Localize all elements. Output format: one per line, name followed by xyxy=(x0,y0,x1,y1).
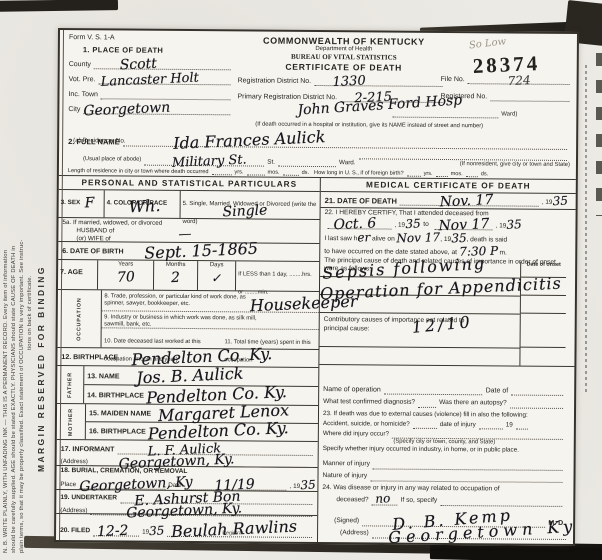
county-field: County Scott xyxy=(69,60,234,70)
length-yrs: yrs. xyxy=(234,169,243,175)
address-label: (Address) xyxy=(340,530,369,539)
injury-date-label: date of injury xyxy=(440,421,476,429)
undertaker-row: 19. UNDERTAKER E. Ashurst Bon (Address) … xyxy=(56,490,317,516)
burial-year-prefix: , 19 xyxy=(290,482,301,490)
mother-block: MOTHER 15. MAIDEN NAME Margaret Lenox 16… xyxy=(57,404,318,442)
dod-year-prefix: , 19 xyxy=(542,199,553,207)
place-of-death-block: Form V. S. 1-A 1. PLACE OF DEATH County … xyxy=(59,30,238,131)
q24-block: 24. Was disease or injury in any way rel… xyxy=(318,483,573,511)
form-number: Form V. S. 1-A xyxy=(69,33,234,43)
age-days-value: ✓ xyxy=(211,272,222,284)
nature-label: Nature of injury xyxy=(322,472,367,481)
q24-deceased-label: deceased? xyxy=(322,496,368,505)
length-ds2: ds. xyxy=(481,171,489,177)
age-months-label: Months xyxy=(156,262,195,269)
test-label: What test confirmed diagnosis? xyxy=(323,398,415,407)
last-year-prefix: , 19 xyxy=(440,236,451,243)
scanned-death-certificate: N. B. WRITE PLAINLY, WITH UNFADING INK —… xyxy=(0,0,602,560)
sex-race-marital-row: 3. SEX F 4. COLOR OR RACE Wh. 5. Single,… xyxy=(59,190,320,220)
specify-text: Specify whether injury occurred in indus… xyxy=(323,445,566,455)
contributory-rule xyxy=(320,346,520,349)
burial-year-value: 35 xyxy=(300,478,316,491)
residence-label: (a) Residence. No. xyxy=(73,137,126,144)
race-cell: 4. COLOR OR RACE Wh. xyxy=(105,190,181,218)
marital-cell: 5. Single, Married, Widowed or Divorced … xyxy=(181,191,320,219)
mother-name-label: 15. MAIDEN NAME xyxy=(89,409,151,419)
age-days-cell: Days ✓ xyxy=(198,261,236,290)
certificate-title: CERTIFICATE OF DEATH xyxy=(238,62,450,74)
scan-edge-bottom-dark xyxy=(430,544,602,560)
last-saw-date: Nov 17 xyxy=(397,231,441,244)
registration-district-value: 1330 xyxy=(332,75,366,89)
contributory-text: Contributory causes of importance not re… xyxy=(324,316,474,334)
trade-row: 8. Trade, profession, or particular kind… xyxy=(102,290,319,313)
margin-instructions-line1: N. B. WRITE PLAINLY, WITH UNFADING INK —… xyxy=(3,250,9,553)
scan-edge-top-left xyxy=(0,0,118,12)
father-name-value: Jos. B. Aulick xyxy=(136,366,244,387)
form-header: Form V. S. 1-A 1. PLACE OF DEATH County … xyxy=(59,30,577,134)
burial-row: 18. BURIAL, CREMATION, OR REMOVAL Place … xyxy=(56,466,317,492)
autopsy-label: Was there an autopsy? xyxy=(439,399,507,408)
city-field: City Georgetown xyxy=(68,105,233,115)
sex-value: F xyxy=(84,196,94,210)
city-value: Georgetown xyxy=(83,101,170,119)
age-less-cell: If LESS than 1 day, ........hrs. or ....… xyxy=(236,261,319,291)
sex-cell: 3. SEX F xyxy=(59,190,105,217)
city-label: City xyxy=(68,106,80,114)
residence-value: Military St. xyxy=(172,154,247,170)
mother-side-label: MOTHER xyxy=(57,404,86,439)
dod-year-value: 35 xyxy=(552,195,568,208)
cause-of-death-area: Date of onset Sepsis following Operation… xyxy=(319,260,575,384)
age-label: 7. AGE xyxy=(60,269,83,276)
header-main: COMMONWEALTH OF KENTUCKY Department of H… xyxy=(237,31,577,134)
to-word: to xyxy=(420,221,432,230)
married-to-row: 5a. If married, widowed, or divorced HUS… xyxy=(58,218,319,244)
to-year-value: 35 xyxy=(506,218,522,231)
mother-birthplace-value: Pendelton Co. Ky. xyxy=(148,420,289,442)
age-years-label: Years xyxy=(100,261,151,269)
occupation-side-label: OCCUPATION xyxy=(58,290,103,347)
dob-label: 6. DATE OF BIRTH xyxy=(62,247,123,257)
filed-date-value: 12-2 xyxy=(97,524,129,539)
informant-row: 17. INFORMANT L. F. Aulick (Address) Geo… xyxy=(57,440,318,468)
right-edge-microtext xyxy=(585,62,587,392)
to-year-prefix: , 19 xyxy=(496,222,507,230)
where-injury-label: Where did injury occur? xyxy=(323,430,389,438)
operation-date-label: Date of xyxy=(486,386,509,395)
last-year-value: 35 xyxy=(451,231,467,243)
burial-place-label: Place xyxy=(60,481,76,489)
length-mos: mos. xyxy=(267,170,279,176)
registration-district-field: Registration District No. 1330 xyxy=(238,77,446,88)
age-years-cell: Years 70 xyxy=(98,260,154,289)
commonwealth-block: COMMONWEALTH OF KENTUCKY Department of H… xyxy=(238,35,450,73)
filed-year-value: 35 xyxy=(149,524,165,537)
abode-note: (Usual place of abode) xyxy=(73,156,141,163)
margin-instructions-line3: plain terms, so that it may be properly … xyxy=(19,239,25,553)
date-of-death-label: 21. DATE OF DEATH xyxy=(325,196,397,206)
onset-cell xyxy=(521,314,566,348)
dob-row: 6. DATE OF BIRTH Sept. 15-1865 xyxy=(58,242,319,262)
age-days-label: Days xyxy=(200,262,233,269)
m-label: m. xyxy=(499,250,506,257)
county-label: County xyxy=(69,61,91,69)
length-ds: ds. xyxy=(302,170,310,176)
from-year-prefix: , 19 xyxy=(394,221,405,229)
ward-suffix-label: Ward) xyxy=(501,111,517,118)
file-no-field: File No. 724 xyxy=(441,75,573,85)
registrar-label: Registrar. xyxy=(222,530,244,536)
signed-label: (Signed) xyxy=(334,518,359,527)
place-of-death-title: 1. PLACE OF DEATH xyxy=(83,45,234,55)
industry-label: 9. Industry or business in which work wa… xyxy=(104,314,264,329)
inc-town-field: Inc. Town xyxy=(68,90,233,100)
alive-on-label: alive on xyxy=(372,235,395,242)
length-mos2: mos. xyxy=(451,171,463,177)
file-no-label: File No. xyxy=(441,76,465,84)
trade-label: 8. Trade, profession, or particular kind… xyxy=(104,293,246,308)
q24-specify-label: If so, specify xyxy=(401,497,438,506)
st-label: St. xyxy=(267,159,275,167)
margin-instructions-line4: tions on back of certificate. xyxy=(27,276,33,350)
birthplace-label: 12. BIRTHPLACE xyxy=(61,353,118,363)
last-saw-hw: er xyxy=(357,231,370,243)
injury-year-prefix: 19 xyxy=(506,421,513,429)
registrar-value: Beulah Rawlins xyxy=(171,519,298,541)
full-name-value: Ida Frances Aulick xyxy=(172,129,325,152)
dob-value: Sept. 15-1865 xyxy=(144,241,258,262)
precinct-value: Lancaster Holt xyxy=(100,72,199,89)
manner-label: Manner of injury xyxy=(323,460,370,469)
birthplace-row: 12. BIRTHPLACE Pendelton Co. Ky. xyxy=(57,348,318,368)
length-right-text: How long in U. S., if of foreign birth? xyxy=(309,170,404,177)
external-causes-block: 23. If death was due to external causes … xyxy=(319,409,574,461)
length-yrs2: yrs. xyxy=(424,171,433,177)
age-months-value: 2 xyxy=(171,271,181,285)
mother-birthplace-row: 16. BIRTHPLACE Pendelton Co. Ky. xyxy=(86,422,318,441)
margin-binding-label: MARGIN RESERVED FOR BINDING xyxy=(36,265,46,472)
death-said-text: , death is said xyxy=(466,236,507,243)
ward-suffix-row: Ward) xyxy=(389,109,517,119)
marital-value: Single xyxy=(222,203,267,219)
medical-column: MEDICAL CERTIFICATE OF DEATH 21. DATE OF… xyxy=(318,178,576,544)
precinct-field: Vot. Pre. Lancaster Holt xyxy=(69,75,234,85)
margin-instructions-line2: should be carefully supplied. AGE should… xyxy=(11,246,17,553)
age-years-value: 70 xyxy=(116,270,134,285)
undertaker-label: 19. UNDERTAKER xyxy=(60,494,117,503)
from-year-value: 35 xyxy=(405,217,421,230)
precinct-label: Vot. Pre. xyxy=(69,76,96,84)
accident-label: Accident, suicide, or homicide? xyxy=(323,420,410,429)
occupation-block: OCCUPATION 8. Trade, profession, or part… xyxy=(58,290,319,350)
onset-cell xyxy=(521,296,566,314)
spouse-value: — xyxy=(178,228,192,242)
file-no-value: 724 xyxy=(507,74,530,87)
age-row: 7. AGE Years 70 Months 2 Days ✓ xyxy=(58,260,319,292)
county-value: Scott xyxy=(120,57,158,73)
personal-column: PERSONAL AND STATISTICAL PARTICULARS 3. … xyxy=(56,176,321,542)
occurred-text: to have occurred on the date stated abov… xyxy=(324,248,457,256)
informant-label: 17. INFORMANT xyxy=(61,445,115,455)
cause-rule xyxy=(320,312,520,315)
certify-block: 22. I HEREBY CERTIFY, That I attended de… xyxy=(320,208,575,262)
registration-district-label: Registration District No. xyxy=(238,78,312,87)
scan-right-edge-marks xyxy=(596,26,602,216)
industry-row: 9. Industry or business in which work wa… xyxy=(102,311,319,330)
mother-birthplace-label: 16. BIRTHPLACE xyxy=(89,427,146,437)
inc-town-label: Inc. Town xyxy=(68,91,98,99)
age-label-cell: 7. AGE xyxy=(58,260,98,289)
undertaker-address-label: (Address) xyxy=(60,507,87,515)
sex-label: 3. SEX xyxy=(61,199,81,206)
certificate-form: Form V. S. 1-A 1. PLACE OF DEATH County … xyxy=(54,28,579,546)
race-value: Wh. xyxy=(128,198,161,215)
age-months-cell: Months 2 xyxy=(154,261,198,290)
date-of-death-value: Nov. 17 xyxy=(440,193,494,209)
q24-value: no xyxy=(375,492,390,505)
operation-label: Name of operation xyxy=(323,385,381,395)
pencil-note: So Low xyxy=(468,36,506,51)
onset-cell xyxy=(520,348,565,365)
address-row: (Address) Georgetown Ky xyxy=(318,529,573,544)
informant-address-label: (Address) xyxy=(61,458,88,466)
date-of-death-row: 21. DATE OF DEATH Nov. 17 , 19 35 xyxy=(321,192,576,210)
father-name-label: 13. NAME xyxy=(87,372,119,381)
last-saw-prefix: I last saw h xyxy=(324,235,357,242)
filed-label: 20. FILED xyxy=(60,527,90,536)
father-birthplace-label: 14. BIRTHPLACE xyxy=(87,391,144,401)
ward-label: Ward. xyxy=(339,159,356,167)
